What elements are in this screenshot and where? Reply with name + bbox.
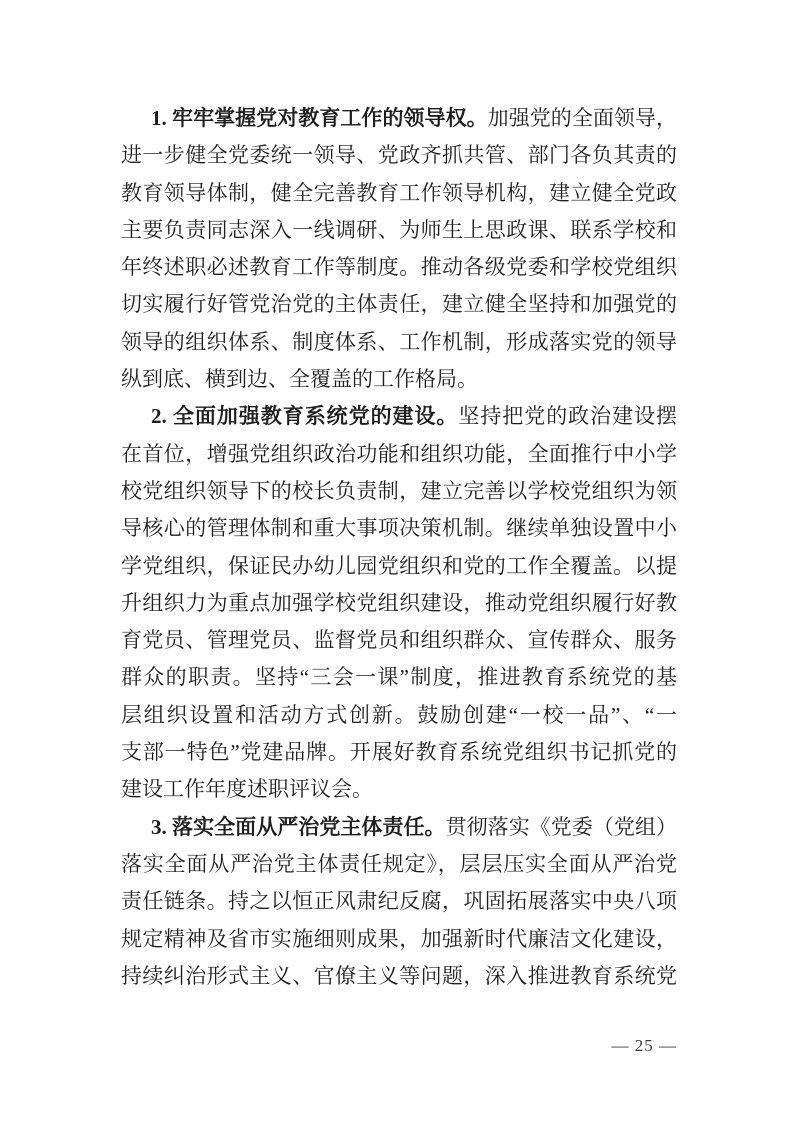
text-segment: 群众的职责。坚持“三会一课”制度，推进教育系统党的基	[121, 665, 677, 689]
text-line: 规定精神及省市实施细则成果，加强新时代廉洁文化建设，	[121, 921, 677, 958]
text-segment: 学党组织，保证民办幼儿园党组织和党的工作全覆盖。以提	[121, 554, 677, 578]
text-segment: 纵到底、横到边、全覆盖的工作格局。	[121, 367, 478, 391]
text-segment: 支部一特色”党建品牌。开展好教育系统党组织书记抓党的	[121, 740, 677, 764]
text-line: 群众的职责。坚持“三会一课”制度，推进教育系统党的基	[121, 659, 677, 696]
text-segment: 贯彻落实《党委（党组）	[446, 815, 677, 839]
text-line: 2. 全面加强教育系统党的建设。坚持把党的政治建设摆	[121, 398, 677, 435]
text-line: 纵到底、横到边、全覆盖的工作格局。	[121, 361, 677, 398]
text-segment: 升组织力为重点加强学校党组织建设，推动党组织履行好教	[121, 591, 677, 615]
paragraph-item-2: 2. 全面加强教育系统党的建设。坚持把党的政治建设摆在首位，增强党组织政治功能和…	[121, 398, 677, 808]
text-line: 年终述职必述教育工作等制度。推动各级党委和学校党组织	[121, 249, 677, 286]
text-segment: 加强党的全面领导，	[488, 106, 677, 130]
text-segment: 坚持把党的政治建设摆	[458, 404, 677, 428]
text-line: 责任链条。持之以恒正风肃纪反腐，巩固拓展落实中央八项	[121, 883, 677, 920]
paragraph-heading: 2. 全面加强教育系统党的建设。	[151, 404, 458, 428]
text-segment: 持续纠治形式主义、官僚主义等问题，深入推进教育系统党	[121, 964, 677, 988]
paragraph-item-3: 3. 落实全面从严治党主体责任。贯彻落实《党委（党组）落实全面从严治党主体责任规…	[121, 809, 677, 995]
text-line: 1. 牢牢掌握党对教育工作的领导权。加强党的全面领导，	[121, 100, 677, 137]
text-segment: 建设工作年度述职评议会。	[121, 777, 373, 801]
text-line: 升组织力为重点加强学校党组织建设，推动党组织履行好教	[121, 585, 677, 622]
text-segment: 规定精神及省市实施细则成果，加强新时代廉洁文化建设，	[121, 927, 677, 951]
text-line: 支部一特色”党建品牌。开展好教育系统党组织书记抓党的	[121, 734, 677, 771]
text-segment: 教育领导体制，健全完善教育工作领导机构，建立健全党政	[121, 181, 677, 205]
document-page: 1. 牢牢掌握党对教育工作的领导权。加强党的全面领导，进一步健全党委统一领导、党…	[0, 0, 793, 1122]
text-segment: 落实全面从严治党主体责任规定》，层层压实全面从严治党	[121, 852, 677, 876]
text-line: 进一步健全党委统一领导、党政齐抓共管、部门各负其责的	[121, 137, 677, 174]
text-line: 3. 落实全面从严治党主体责任。贯彻落实《党委（党组）	[121, 809, 677, 846]
text-segment: 进一步健全党委统一领导、党政齐抓共管、部门各负其责的	[121, 143, 677, 167]
text-line: 建设工作年度述职评议会。	[121, 771, 677, 808]
text-line: 主要负责同志深入一线调研、为师生上思政课、联系学校和	[121, 212, 677, 249]
text-segment: 在首位，增强党组织政治功能和组织功能，全面推行中小学	[121, 442, 677, 466]
text-segment: 育党员、管理党员、监督党员和组织群众、宣传群众、服务	[121, 628, 677, 652]
paragraph-item-1: 1. 牢牢掌握党对教育工作的领导权。加强党的全面领导，进一步健全党委统一领导、党…	[121, 100, 677, 398]
text-line: 切实履行好管党治党的主体责任，建立健全坚持和加强党的	[121, 286, 677, 323]
text-line: 学党组织，保证民办幼儿园党组织和党的工作全覆盖。以提	[121, 548, 677, 585]
text-segment: 领导的组织体系、制度体系、工作机制，形成落实党的领导	[121, 330, 677, 354]
text-segment: 年终述职必述教育工作等制度。推动各级党委和学校党组织	[121, 255, 677, 279]
text-line: 教育领导体制，健全完善教育工作领导机构，建立健全党政	[121, 175, 677, 212]
page-number: — 25 —	[612, 1036, 678, 1056]
text-line: 落实全面从严治党主体责任规定》，层层压实全面从严治党	[121, 846, 677, 883]
text-line: 持续纠治形式主义、官僚主义等问题，深入推进教育系统党	[121, 958, 677, 995]
text-line: 育党员、管理党员、监督党员和组织群众、宣传群众、服务	[121, 622, 677, 659]
text-line: 校党组织领导下的校长负责制，建立完善以学校党组织为领	[121, 473, 677, 510]
text-line: 导核心的管理体制和重大事项决策机制。继续单独设置中小	[121, 510, 677, 547]
text-segment: 主要负责同志深入一线调研、为师生上思政课、联系学校和	[121, 218, 677, 242]
text-segment: 责任链条。持之以恒正风肃纪反腐，巩固拓展落实中央八项	[121, 889, 677, 913]
text-segment: 层组织设置和活动方式创新。鼓励创建“一校一品”、“一	[121, 703, 677, 727]
text-line: 领导的组织体系、制度体系、工作机制，形成落实党的领导	[121, 324, 677, 361]
paragraph-heading: 3. 落实全面从严治党主体责任。	[151, 815, 446, 839]
text-segment: 导核心的管理体制和重大事项决策机制。继续单独设置中小	[121, 516, 677, 540]
text-line: 在首位，增强党组织政治功能和组织功能，全面推行中小学	[121, 436, 677, 473]
document-body: 1. 牢牢掌握党对教育工作的领导权。加强党的全面领导，进一步健全党委统一领导、党…	[121, 100, 677, 995]
text-line: 层组织设置和活动方式创新。鼓励创建“一校一品”、“一	[121, 697, 677, 734]
text-segment: 切实履行好管党治党的主体责任，建立健全坚持和加强党的	[121, 292, 677, 316]
paragraph-heading: 1. 牢牢掌握党对教育工作的领导权。	[151, 106, 488, 130]
text-segment: 校党组织领导下的校长负责制，建立完善以学校党组织为领	[121, 479, 677, 503]
